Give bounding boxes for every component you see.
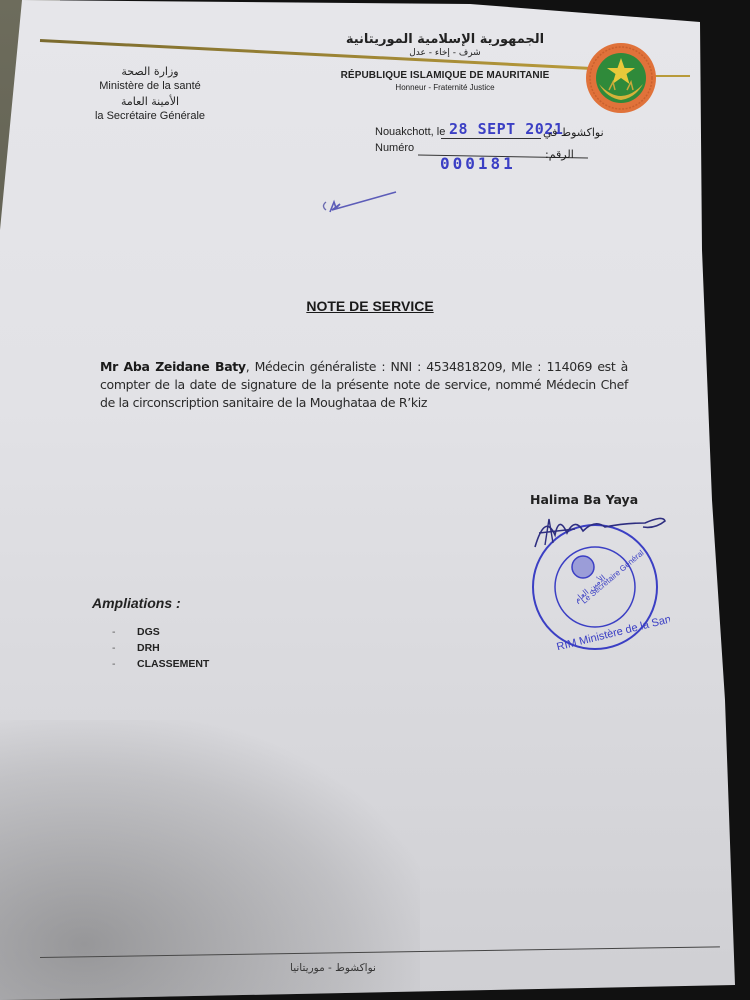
number-row: Numéro 000181 الرقم:: [375, 142, 605, 172]
date-line: [441, 138, 541, 139]
appointee-name: Mr Aba Zeidane Baty: [100, 359, 246, 374]
republic-ar: الجمهورية الإسلامية الموريتانية: [335, 32, 555, 47]
secretariat-ar: الأمينة العامة: [90, 94, 210, 109]
motto-ar: شرف - إخاء - عدل: [335, 48, 555, 58]
date-label-fr: Nouakchott, le: [375, 126, 445, 138]
secretariat-fr: la Secrétaire Générale: [90, 109, 210, 124]
stamp-inner-text: Le Secrétaire Général: [580, 548, 646, 605]
republic-block: الجمهورية الإسلامية الموريتانية شرف - إخ…: [335, 32, 555, 92]
mauritania-coat-of-arms-icon: [585, 42, 657, 114]
ampliations-label: Ampliations :: [92, 595, 181, 611]
date-row: Nouakchott, le 28 SEPT 2021 نواكشوط في: [375, 126, 605, 142]
document-page: وزارة الصحة Ministère de la santé الأمين…: [0, 0, 750, 1000]
initials-mark-icon: [318, 190, 398, 220]
ministry-block: وزارة الصحة Ministère de la santé الأمين…: [90, 64, 210, 124]
number-stamp: 000181: [440, 154, 516, 173]
number-label-ar: الرقم:: [545, 148, 574, 161]
republic-fr: RÉPUBLIQUE ISLAMIQUE DE MAURITANIE: [335, 70, 555, 81]
date-label-ar: نواكشوط في: [543, 126, 604, 139]
number-label-fr: Numéro: [375, 142, 414, 154]
stamp-outer-text: RIM Ministère de la Santé: [555, 611, 670, 650]
photo-shadow: [0, 720, 420, 1000]
ministry-ar: وزارة الصحة: [90, 64, 210, 79]
official-stamp-icon: RIM Ministère de la Santé Le Secrétaire …: [515, 505, 670, 650]
footer-rule: [40, 946, 720, 958]
footer-address: نواكشوط - موريتانيا: [290, 962, 376, 974]
ministry-fr: Ministère de la santé: [90, 79, 210, 94]
document-title: NOTE DE SERVICE: [0, 298, 740, 314]
reference-block: Nouakchott, le 28 SEPT 2021 نواكشوط في N…: [375, 126, 605, 172]
document-body: Mr Aba Zeidane Baty, Médecin généraliste…: [100, 358, 628, 412]
motto-fr: Honneur - Fraternité Justice: [335, 83, 555, 92]
header-rule-right: [655, 75, 690, 77]
